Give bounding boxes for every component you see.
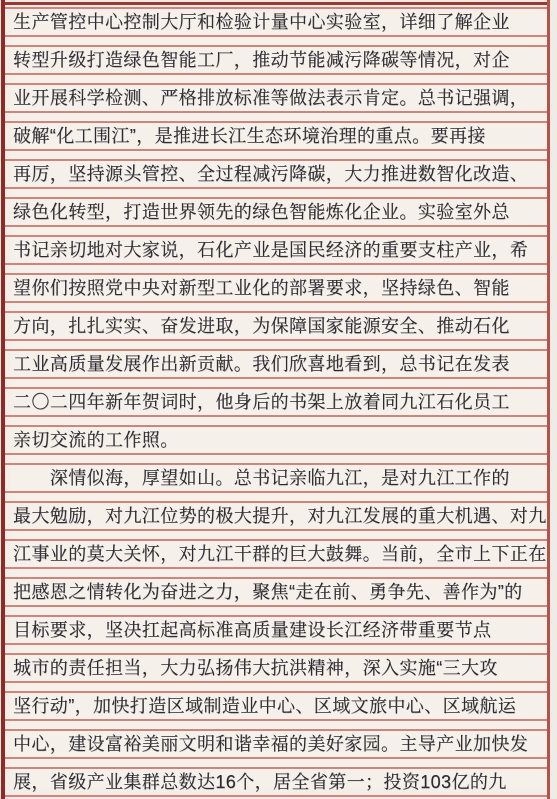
- ruled-row: 破解“化工围江”，是推进长江生态环境治理的重点。要再接: [5, 121, 547, 151]
- ruled-row: 望你们按照党中央对新型工业化的部署要求，坚持绿色、智能: [5, 273, 547, 303]
- handwritten-text-line: 把感恩之情转化为奋进之力，聚焦“走在前、勇争先、善作为”的: [13, 583, 523, 601]
- ruled-row: 江事业的莫大关怀，对九江干群的巨大鼓舞。当前，全市上下正在: [5, 539, 547, 569]
- handwritten-text-line: 再厉，坚持源头管控、全过程减污降碳，大力推进数智化改造、: [13, 165, 528, 183]
- handwritten-text-line: 书记亲切地对大家说，石化产业是国民经济的重要支柱产业，希: [13, 241, 528, 259]
- handwritten-text-line: 方向，扎扎实实、奋发进取，为保障国家能源安全、推动石化: [13, 317, 510, 335]
- handwritten-text-line: 转型升级打造绿色智能工厂，推动节能减污降碳等情况，对企: [13, 51, 510, 69]
- handwritten-text-line: 深情似海，厚望如山。总书记亲临九江，是对九江工作的: [13, 469, 510, 487]
- handwritten-text-line: 二〇二四年新年贺词时，他身后的书架上放着同九江石化员工: [13, 393, 510, 411]
- handwritten-text-line: 江事业的莫大关怀，对九江干群的巨大鼓舞。当前，全市上下正在: [13, 545, 547, 563]
- page-frame-top: [1, 2, 550, 5]
- ruled-row: 二〇二四年新年贺词时，他身后的书架上放着同九江石化员工: [5, 387, 547, 417]
- handwritten-text-line: 工业高质量发展作出新贡献。我们欣喜地看到，总书记在发表: [13, 355, 510, 373]
- ruled-row: 生产管控中心控制大厅和检验计量中心实验室，详细了解企业: [5, 7, 547, 37]
- handwritten-text-line: 中心，建设富裕美丽文明和谐幸福的美好家园。主导产业加快发: [13, 735, 528, 753]
- handwritten-text-line: 目标要求，坚决扛起高标准高质量建设长江经济带重要节点: [13, 621, 491, 639]
- handwritten-text-line: 最大勉励，对九江位势的极大提升，对九江发展的重大机遇、对九: [13, 507, 547, 525]
- handwritten-text-line: 展，省级产业集群总数达16个，居全省第一；投资103亿的九: [13, 773, 507, 791]
- ruled-row: 最大勉励，对九江位势的极大提升，对九江发展的重大机遇、对九: [5, 501, 547, 531]
- ruled-row: 方向，扎扎实实、奋发进取，为保障国家能源安全、推动石化: [5, 311, 547, 341]
- handwritten-text-line: 坚行动”，加快打造区域制造业中心、区域文旅中心、区域航运: [13, 697, 516, 715]
- ruled-row: 坚行动”，加快打造区域制造业中心、区域文旅中心、区域航运: [5, 691, 547, 721]
- manuscript-page: 生产管控中心控制大厅和检验计量中心实验室，详细了解企业 转型升级打造绿色智能工厂…: [0, 0, 557, 799]
- ruled-row: 亲切交流的工作照。: [5, 425, 547, 455]
- ruled-row: 工业高质量发展作出新贡献。我们欣喜地看到，总书记在发表: [5, 349, 547, 379]
- ruled-row: 展，省级产业集群总数达16个，居全省第一；投资103亿的九: [5, 767, 547, 797]
- handwritten-text-line: 业开展科学检测、严格排放标准等做法表示肯定。总书记强调，: [13, 89, 528, 107]
- handwritten-text-line: 生产管控中心控制大厅和检验计量中心实验室，详细了解企业: [13, 13, 510, 31]
- ruled-row: 深情似海，厚望如山。总书记亲临九江，是对九江工作的: [5, 463, 547, 493]
- ruled-lines: 生产管控中心控制大厅和检验计量中心实验室，详细了解企业 转型升级打造绿色智能工厂…: [5, 7, 547, 799]
- handwritten-text-line: 望你们按照党中央对新型工业化的部署要求，坚持绿色、智能: [13, 279, 510, 297]
- handwritten-text-line: 亲切交流的工作照。: [13, 431, 179, 449]
- ruled-row: 把感恩之情转化为奋进之力，聚焦“走在前、勇争先、善作为”的: [5, 577, 547, 607]
- ruled-row: 再厉，坚持源头管控、全过程减污降碳，大力推进数智化改造、: [5, 159, 547, 189]
- ruled-row: 业开展科学检测、严格排放标准等做法表示肯定。总书记强调，: [5, 83, 547, 113]
- handwritten-text-line: 城市的责任担当，大力弘扬伟大抗洪精神，深入实施“三大攻: [13, 659, 498, 677]
- page-frame-right: [547, 0, 550, 799]
- handwritten-text-line: 绿色化转型，打造世界领先的绿色智能炼化企业。实验室外总: [13, 203, 510, 221]
- ruled-row: 书记亲切地对大家说，石化产业是国民经济的重要支柱产业，希: [5, 235, 547, 265]
- ruled-row: 目标要求，坚决扛起高标准高质量建设长江经济带重要节点: [5, 615, 547, 645]
- page-edge: [550, 0, 557, 799]
- ruled-row: 中心，建设富裕美丽文明和谐幸福的美好家园。主导产业加快发: [5, 729, 547, 759]
- ruled-row: 绿色化转型，打造世界领先的绿色智能炼化企业。实验室外总: [5, 197, 547, 227]
- ruled-row: 转型升级打造绿色智能工厂，推动节能减污降碳等情况，对企: [5, 45, 547, 75]
- handwritten-text-line: 破解“化工围江”，是推进长江生态环境治理的重点。要再接: [13, 127, 486, 145]
- ruled-row: 城市的责任担当，大力弘扬伟大抗洪精神，深入实施“三大攻: [5, 653, 547, 683]
